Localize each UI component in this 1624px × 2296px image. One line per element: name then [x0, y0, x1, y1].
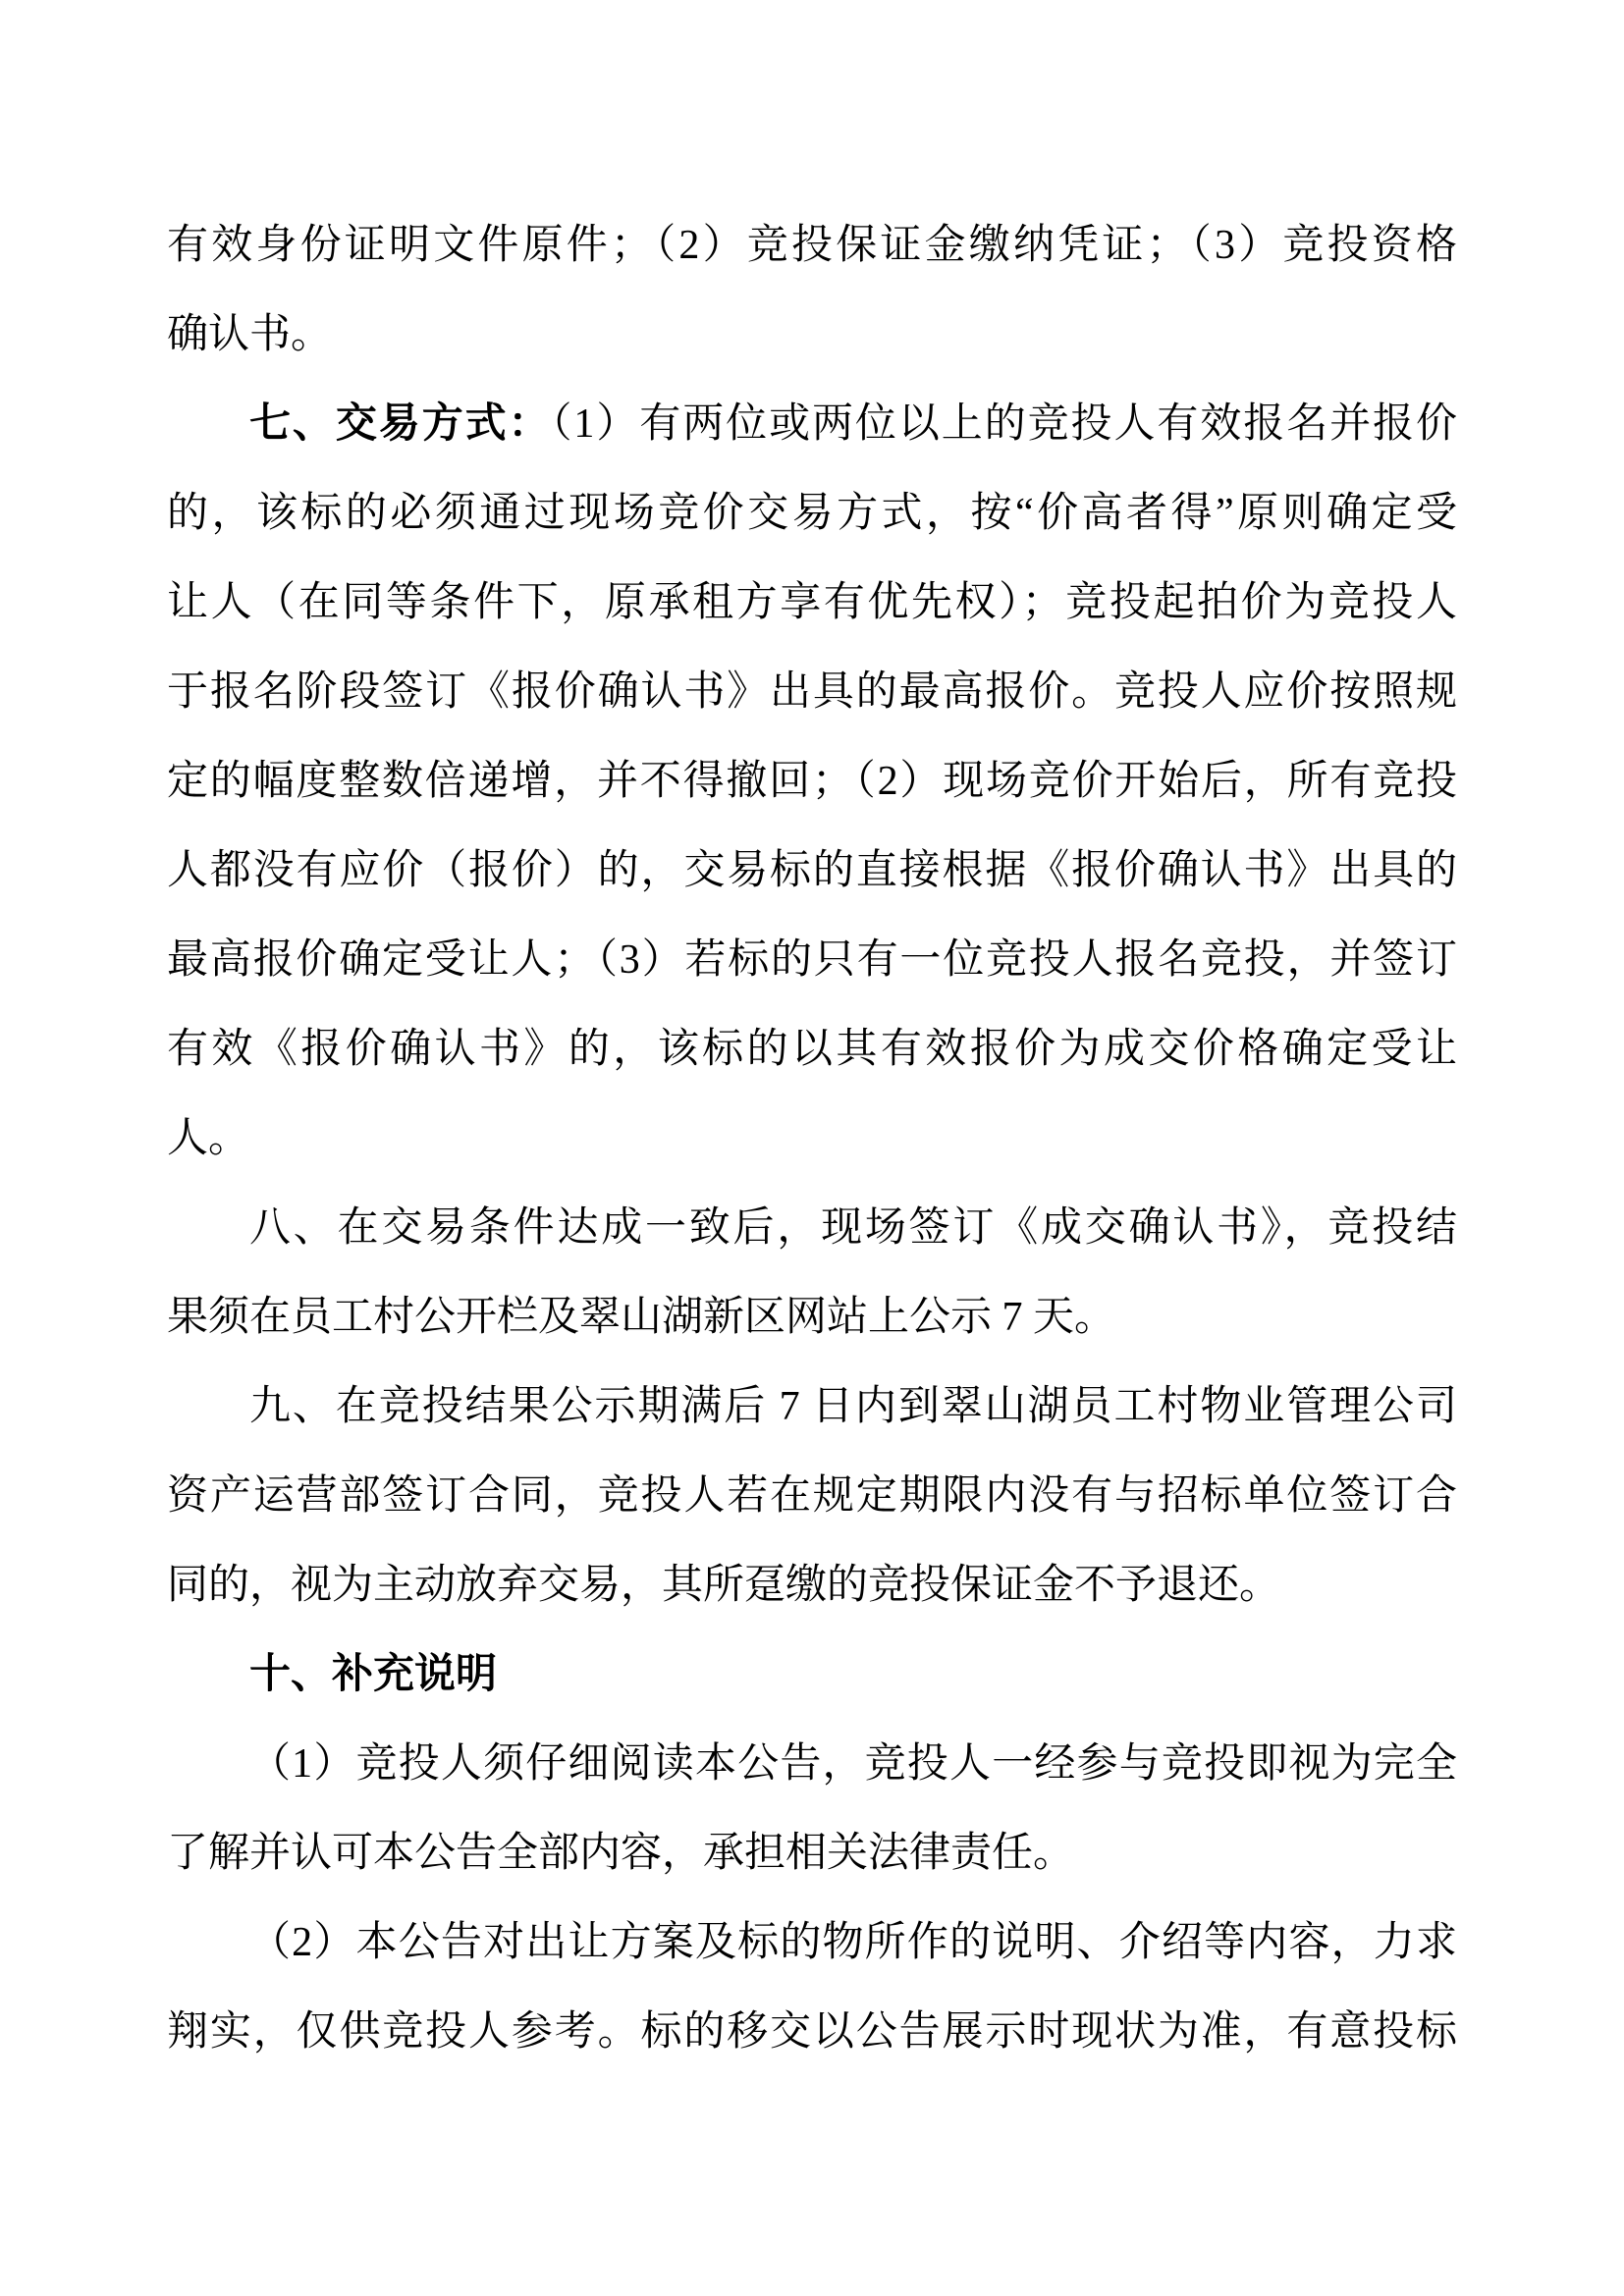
- text-line: 人。: [167, 1095, 1457, 1184]
- text-line: 有效身份证明文件原件；（2）竞投保证金缴纳凭证；（3）竞投资格: [167, 201, 1457, 291]
- body-text: 了解并认可本公告全部内容，承担相关法律责任。: [167, 1831, 1074, 1876]
- body-text: （1）有两位或两位以上的竞投人有效报名并报价: [552, 401, 1457, 447]
- body-text: 同的，视为主动放弃交易，其所趸缴的竞投保证金不予退还。: [167, 1563, 1280, 1608]
- text-line: （2）本公告对出让方案及标的物所作的说明、介绍等内容，力求: [167, 1898, 1457, 1988]
- body-text: 九、在竞投结果公示期满后 7 日内到翠山湖员工村物业管理公司: [249, 1384, 1457, 1429]
- text-line: 十、补充说明: [167, 1630, 1457, 1720]
- body-text: 资产运营部签订合同，竞投人若在规定期限内没有与招标单位签订合: [167, 1473, 1457, 1519]
- text-line: 的，该标的必须通过现场竞价交易方式，按“价高者得”原则确定受: [167, 469, 1457, 559]
- body-text: （1）竞投人须仔细阅读本公告，竞投人一经参与竞投即视为完全: [249, 1741, 1457, 1787]
- text-line: 七、交易方式：（1）有两位或两位以上的竞投人有效报名并报价: [167, 380, 1457, 469]
- body-text: 确认书。: [167, 312, 332, 357]
- body-text: 最高报价确定受让人；（3）若标的只有一位竞投人报名竞投，并签订: [167, 937, 1457, 983]
- text-line: 九、在竞投结果公示期满后 7 日内到翠山湖员工村物业管理公司: [167, 1362, 1457, 1452]
- body-text: 人。: [167, 1116, 249, 1161]
- body-text: 八、在交易条件达成一致后，现场签订《成交确认书》，竞投结: [249, 1205, 1457, 1251]
- body-text: 定的幅度整数倍递增，并不得撤回；（2）现场竞价开始后，所有竞投: [167, 759, 1457, 804]
- text-line: 让人（在同等条件下，原承租方享有优先权）；竞投起拍价为竞投人: [167, 559, 1457, 648]
- text-line: 有效《报价确认书》的，该标的以其有效报价为成交价格确定受让: [167, 1005, 1457, 1095]
- body-text: 果须在员工村公开栏及翠山湖新区网站上公示 7 天。: [167, 1295, 1115, 1340]
- text-line: 于报名阶段签订《报价确认书》出具的最高报价。竞投人应价按照规: [167, 648, 1457, 737]
- body-text: 有效《报价确认书》的，该标的以其有效报价为成交价格确定受让: [167, 1027, 1457, 1072]
- document-body: 有效身份证明文件原件；（2）竞投保证金缴纳凭证；（3）竞投资格确认书。七、交易方…: [167, 201, 1457, 2077]
- text-line: 果须在员工村公开栏及翠山湖新区网站上公示 7 天。: [167, 1273, 1457, 1362]
- body-text: 人都没有应价（报价）的，交易标的直接根据《报价确认书》出具的: [167, 848, 1457, 893]
- heading-text: 十、补充说明: [249, 1652, 497, 1697]
- body-text: 翔实，仅供竞投人参考。标的移交以公告展示时现状为准，有意投标: [167, 2009, 1457, 2055]
- text-line: 资产运营部签订合同，竞投人若在规定期限内没有与招标单位签订合: [167, 1452, 1457, 1541]
- body-text: 的，该标的必须通过现场竞价交易方式，按“价高者得”原则确定受: [167, 491, 1457, 536]
- text-line: （1）竞投人须仔细阅读本公告，竞投人一经参与竞投即视为完全: [167, 1720, 1457, 1809]
- text-line: 定的幅度整数倍递增，并不得撤回；（2）现场竞价开始后，所有竞投: [167, 737, 1457, 827]
- text-line: 翔实，仅供竞投人参考。标的移交以公告展示时现状为准，有意投标: [167, 1988, 1457, 2077]
- heading-text: 七、交易方式：: [249, 401, 552, 447]
- text-line: 人都没有应价（报价）的，交易标的直接根据《报价确认书》出具的: [167, 827, 1457, 916]
- text-line: 确认书。: [167, 291, 1457, 380]
- text-line: 最高报价确定受让人；（3）若标的只有一位竞投人报名竞投，并签订: [167, 916, 1457, 1005]
- text-line: 八、在交易条件达成一致后，现场签订《成交确认书》，竞投结: [167, 1184, 1457, 1273]
- body-text: 有效身份证明文件原件；（2）竞投保证金缴纳凭证；（3）竞投资格: [167, 223, 1457, 268]
- body-text: （2）本公告对出让方案及标的物所作的说明、介绍等内容，力求: [249, 1920, 1457, 1965]
- text-line: 同的，视为主动放弃交易，其所趸缴的竞投保证金不予退还。: [167, 1541, 1457, 1630]
- document-page: 有效身份证明文件原件；（2）竞投保证金缴纳凭证；（3）竞投资格确认书。七、交易方…: [0, 0, 1624, 2296]
- body-text: 于报名阶段签订《报价确认书》出具的最高报价。竞投人应价按照规: [167, 669, 1457, 715]
- text-line: 了解并认可本公告全部内容，承担相关法律责任。: [167, 1809, 1457, 1898]
- body-text: 让人（在同等条件下，原承租方享有优先权）；竞投起拍价为竞投人: [167, 580, 1457, 625]
